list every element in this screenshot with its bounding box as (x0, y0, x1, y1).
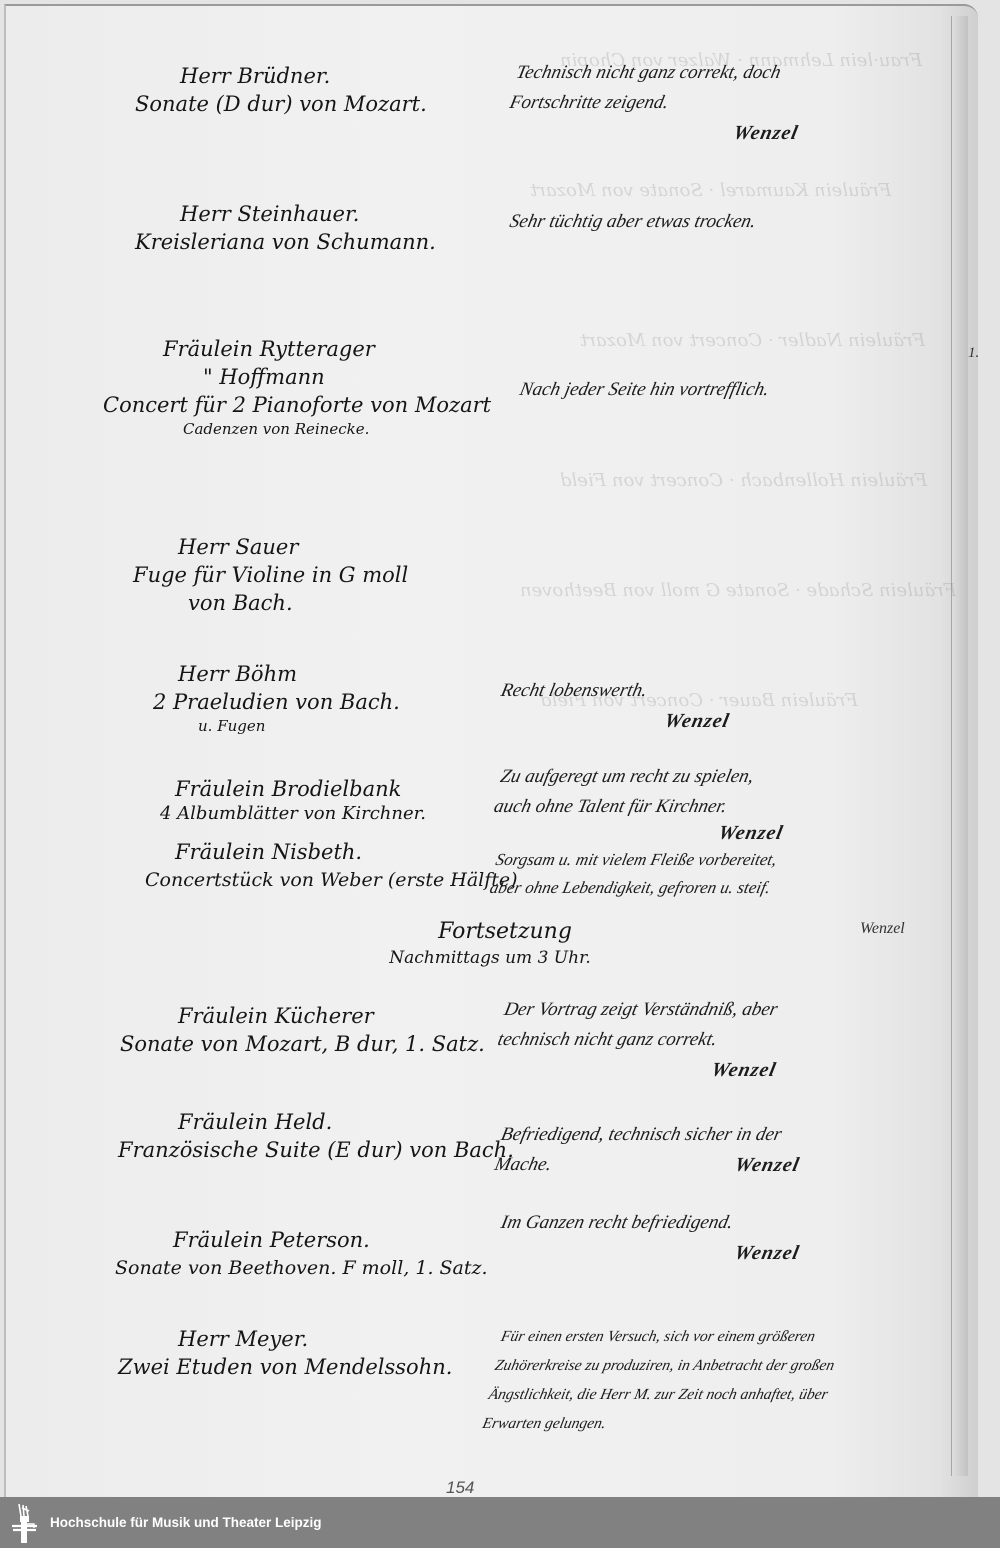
work-title: Concertstück von Weber (erste Hälfte) (145, 866, 518, 894)
comment-line: Zuhörerkreise zu produziren, in Anbetrac… (492, 1351, 837, 1380)
comment-peterson: Im Ganzen recht befriedigend. Wenzel (492, 1208, 809, 1268)
work-title: Concert für 2 Pianoforte von Mozart (103, 391, 491, 419)
comment-line: Ängstlichkeit, die Herr M. zur Zeit noch… (486, 1380, 831, 1409)
performer-name: Herr Meyer. (118, 1325, 452, 1353)
entry-boehm: Herr Böhm 2 Praeludien von Bach. u. Fuge… (153, 660, 400, 736)
performer-name: Fräulein Peterson. (115, 1226, 488, 1254)
entry-peterson: Fräulein Peterson. Sonate von Beethoven.… (115, 1226, 488, 1282)
work-title: Französische Suite (E dur) von Bach. (118, 1136, 514, 1164)
comment-line: Im Ganzen recht befriedigend. (498, 1208, 809, 1238)
comment-line: Zu aufgeregt um recht zu spielen, (497, 762, 798, 792)
work-title: Kreisleriana von Schumann. (135, 228, 436, 256)
performer-name: Fräulein Held. (118, 1108, 514, 1136)
work-subtitle: u. Fugen (153, 716, 400, 736)
continuation-title: Fortsetzung (380, 918, 600, 946)
institution-name: Hochschule für Musik und Theater Leipzig (50, 1515, 322, 1530)
work-title: 2 Praeludien von Bach. (153, 688, 400, 716)
continuation-subtitle: Nachmittags um 3 Uhr. (380, 946, 600, 970)
comment-brodielbank: Zu aufgeregt um recht zu spielen, auch o… (486, 762, 798, 844)
performer-name: Fräulein Rytterager (103, 335, 491, 363)
continuation-heading: Fortsetzung Nachmittags um 3 Uhr. (380, 918, 600, 970)
work-subtitle: von Bach. (133, 589, 408, 617)
comment-rytterager-hoffmann: Nach jeder Seite hin vortrefflich. (517, 375, 772, 405)
comment-line: Recht lobenswerth. (498, 676, 739, 706)
page-edge (951, 16, 968, 1476)
performer-name: Fräulein Brodielbank (160, 775, 426, 803)
performer-name: Herr Sauer (133, 533, 408, 561)
comment-line: aber ohne Lebendigkeit, gefroren u. stei… (487, 874, 774, 902)
performer-name-2: " Hoffmann (103, 363, 491, 391)
comment-line: Sorgsam u. mit vielem Fleiße vorbereitet… (493, 846, 780, 874)
comment-line: Befriedigend, technisch sicher in der (498, 1120, 785, 1150)
performer-name: Fräulein Nisbeth. (145, 838, 518, 866)
entry-rytterager-hoffmann: Fräulein Rytterager " Hoffmann Concert f… (103, 335, 491, 439)
performer-name: Herr Steinhauer. (135, 200, 436, 228)
performer-name: Herr Brüdner. (135, 62, 427, 90)
signature-held: Wenzel (732, 1150, 803, 1180)
entry-nisbeth: Fräulein Nisbeth. Concertstück von Weber… (145, 838, 518, 894)
comment-line: auch ohne Talent für Kirchner. (491, 792, 792, 822)
signature: Wenzel (492, 1238, 803, 1268)
signature: Wenzel (486, 822, 785, 844)
signature: Wenzel (732, 1150, 803, 1180)
work-title: Sonate von Mozart, B dur, 1. Satz. (120, 1030, 485, 1058)
performer-name: Fräulein Kücherer (120, 1002, 485, 1030)
comment-boehm: Recht lobenswerth. Wenzel (492, 676, 739, 736)
entry-brodielbank: Fräulein Brodielbank 4 Albumblätter von … (160, 775, 426, 825)
comment-line: Technisch nicht ganz correkt, doch (513, 58, 814, 88)
comment-line: technisch nicht ganz correkt. (495, 1025, 786, 1055)
margin-mark: 1. (968, 345, 979, 362)
work-title: Sonate von Beethoven. F moll, 1. Satz. (115, 1254, 488, 1282)
signature: Wenzel (500, 118, 801, 148)
signature: Wenzel (492, 706, 733, 736)
comment-line: Für einen ersten Versuch, sich vor einem… (498, 1322, 843, 1351)
comment-line: Fortschritte zeigend. (507, 88, 808, 118)
entry-meyer: Herr Meyer. Zwei Etuden von Mendelssohn. (118, 1325, 452, 1381)
signature: Wenzel (488, 1055, 779, 1085)
comment-line: Der Vortrag zeigt Verständniß, aber (501, 995, 792, 1025)
comment-meyer: Für einen ersten Versuch, sich vor einem… (480, 1322, 844, 1438)
entry-steinhauer: Herr Steinhauer. Kreisleriana von Schuma… (135, 200, 436, 256)
entry-sauer: Herr Sauer Fuge für Violine in G moll vo… (133, 533, 408, 617)
comment-line: Erwarten gelungen. (480, 1409, 825, 1438)
comment-kuecherer: Der Vortrag zeigt Verständniß, aber tech… (488, 995, 792, 1085)
hmt-leipzig-logo-icon (10, 1502, 40, 1544)
entry-kuecherer: Fräulein Kücherer Sonate von Mozart, B d… (120, 1002, 485, 1058)
signature-nisbeth: Wenzel (860, 920, 905, 938)
comment-line: Nach jeder Seite hin vortrefflich. (517, 375, 772, 405)
page-number: 154 (446, 1478, 474, 1498)
work-title: Fuge für Violine in G moll (133, 561, 408, 589)
comment-nisbeth: Sorgsam u. mit vielem Fleiße vorbereitet… (487, 846, 779, 902)
work-subtitle: Cadenzen von Reinecke. (103, 419, 491, 439)
entry-held: Fräulein Held. Französische Suite (E dur… (118, 1108, 514, 1164)
comment-bruedner: Technisch nicht ganz correkt, doch Forts… (500, 58, 814, 148)
performer-name: Herr Böhm (153, 660, 400, 688)
work-title: 4 Albumblätter von Kirchner. (160, 803, 426, 825)
entry-bruedner: Herr Brüdner. Sonate (D dur) von Mozart. (135, 62, 427, 118)
comment-steinhauer: Sehr tüchtig aber etwas trocken. (507, 207, 759, 237)
comment-line: Sehr tüchtig aber etwas trocken. (507, 207, 759, 237)
institution-footer: Hochschule für Musik und Theater Leipzig (0, 1497, 1000, 1548)
work-title: Sonate (D dur) von Mozart. (135, 90, 427, 118)
work-title: Zwei Etuden von Mendelssohn. (118, 1353, 452, 1381)
